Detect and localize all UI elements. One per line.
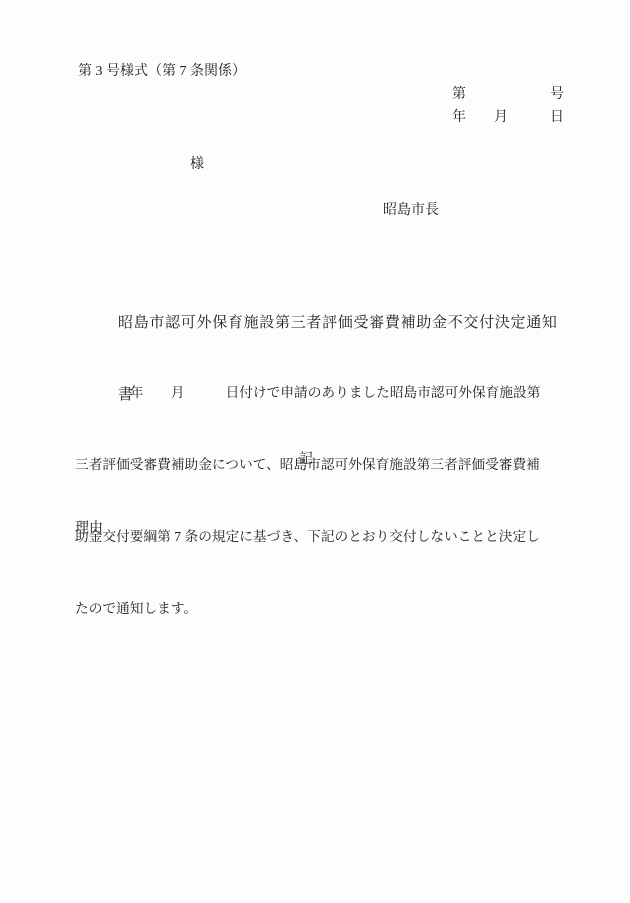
list-marker: 記: [75, 452, 537, 468]
document-number-line: 第 号: [452, 87, 564, 103]
addressee-honorific: 様: [190, 157, 204, 173]
sender-title: 昭島市長: [383, 203, 439, 219]
body-paragraph: 年 月 日付けで申請のありました昭島市認可外保育施設第 三者評価受審費補助金につ…: [75, 333, 540, 669]
reason-label: 理由: [75, 521, 103, 537]
document-page: 第 3 号様式（第 7 条関係） 第 号 年 月 日 様 昭島市長 昭島市認可外…: [0, 0, 630, 903]
date-line: 年 月 日: [452, 110, 564, 126]
body-line-4: たので通知します。: [75, 597, 540, 621]
form-number: 第 3 号様式（第 7 条関係）: [78, 64, 246, 80]
document-title-line-1: 昭島市認可外保育施設第三者評価受審費補助金不交付決定通知: [118, 311, 558, 335]
body-line-1: 年 月 日付けで申請のありました昭島市認可外保育施設第: [75, 381, 540, 405]
body-line-3: 助金交付要綱第 7 条の規定に基づき、下記のとおり交付しないことと決定し: [75, 525, 540, 549]
